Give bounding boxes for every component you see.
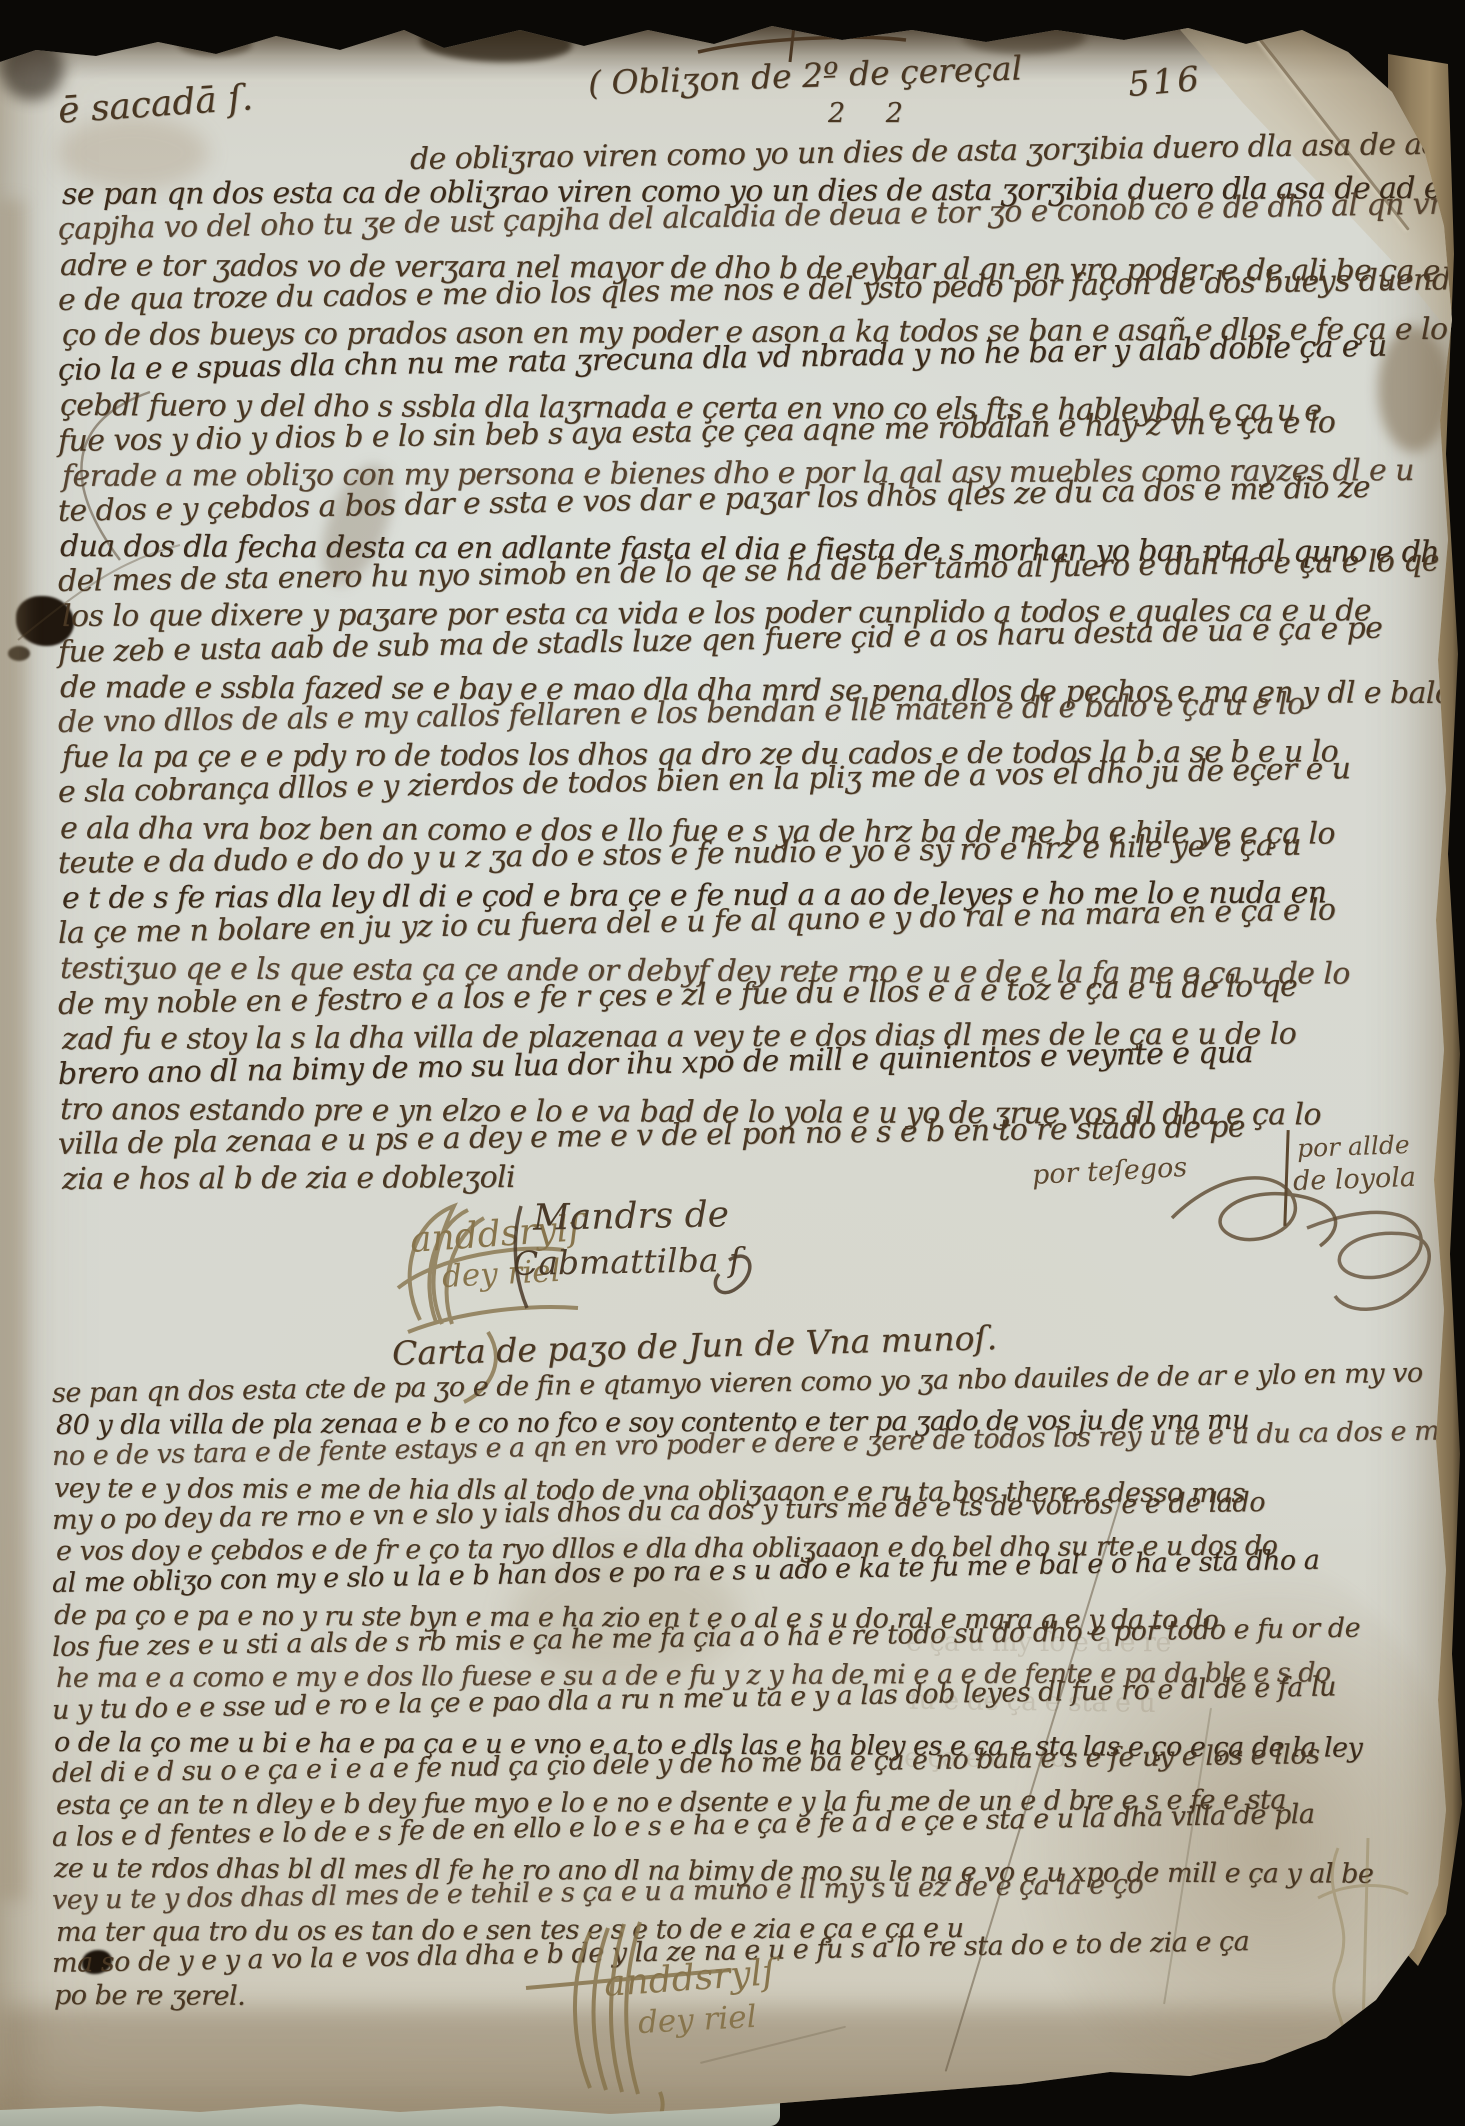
first-entry-text: de obliʒrao viren como yo un dies de ast… — [58, 142, 1410, 1198]
manuscript-line: se pan qn dos esta cte de pa ʒo e de fin… — [52, 1358, 1414, 1410]
manuscript-line: e ça u my ſo e a e re — [906, 1614, 1406, 1673]
manuscript-line: de obliʒrao viren como yo un dies de ast… — [410, 127, 1410, 177]
corner-stain — [0, 36, 64, 100]
torn-edge-stain — [178, 32, 252, 56]
alcalde-annotation: por allde de loyola — [1283, 1128, 1453, 1338]
faded-rubric-icon — [1278, 1838, 1448, 2078]
ink-blot — [8, 646, 30, 661]
torn-edge-stain — [420, 24, 572, 62]
manuscript-line: fu e de ça e sta e u — [909, 1672, 1410, 1737]
manuscript-page: ē sacadā ſ. ( Obliʒon de 2º de çereçal 2… — [0, 0, 1465, 2126]
entry-heading: ( Obliʒon de 2º de çereçal — [587, 48, 1022, 102]
alcalde-label: por allde — [1297, 1130, 1411, 1163]
heading-sub-number: 2 2 — [828, 98, 919, 129]
signature-name: dey riel — [637, 1999, 757, 2041]
signature-center: Mandrs de Cabmattilba ſ — [505, 1190, 785, 1310]
edge-streak-stain — [0, 200, 26, 1900]
folio-number: 516 — [1126, 59, 1203, 105]
signature-name: Mandrs de — [533, 1194, 730, 1238]
margin-note: ē sacadā ſ. — [57, 77, 254, 132]
bleed-through-text: e ça u my ſo e a e refu e de ça e sta e … — [904, 1614, 1407, 1797]
manuscript-photo: ē sacadā ſ. ( Obliʒon de 2º de çereçal 2… — [0, 0, 1465, 2126]
alcalde-label: de loyola — [1292, 1162, 1416, 1197]
signature-name: Cabmattilba ſ — [513, 1240, 742, 1283]
manuscript-line: e ça e u e so — [904, 1729, 1404, 1787]
signature-bottom: anddsrylſ dey riel — [520, 1892, 860, 2112]
